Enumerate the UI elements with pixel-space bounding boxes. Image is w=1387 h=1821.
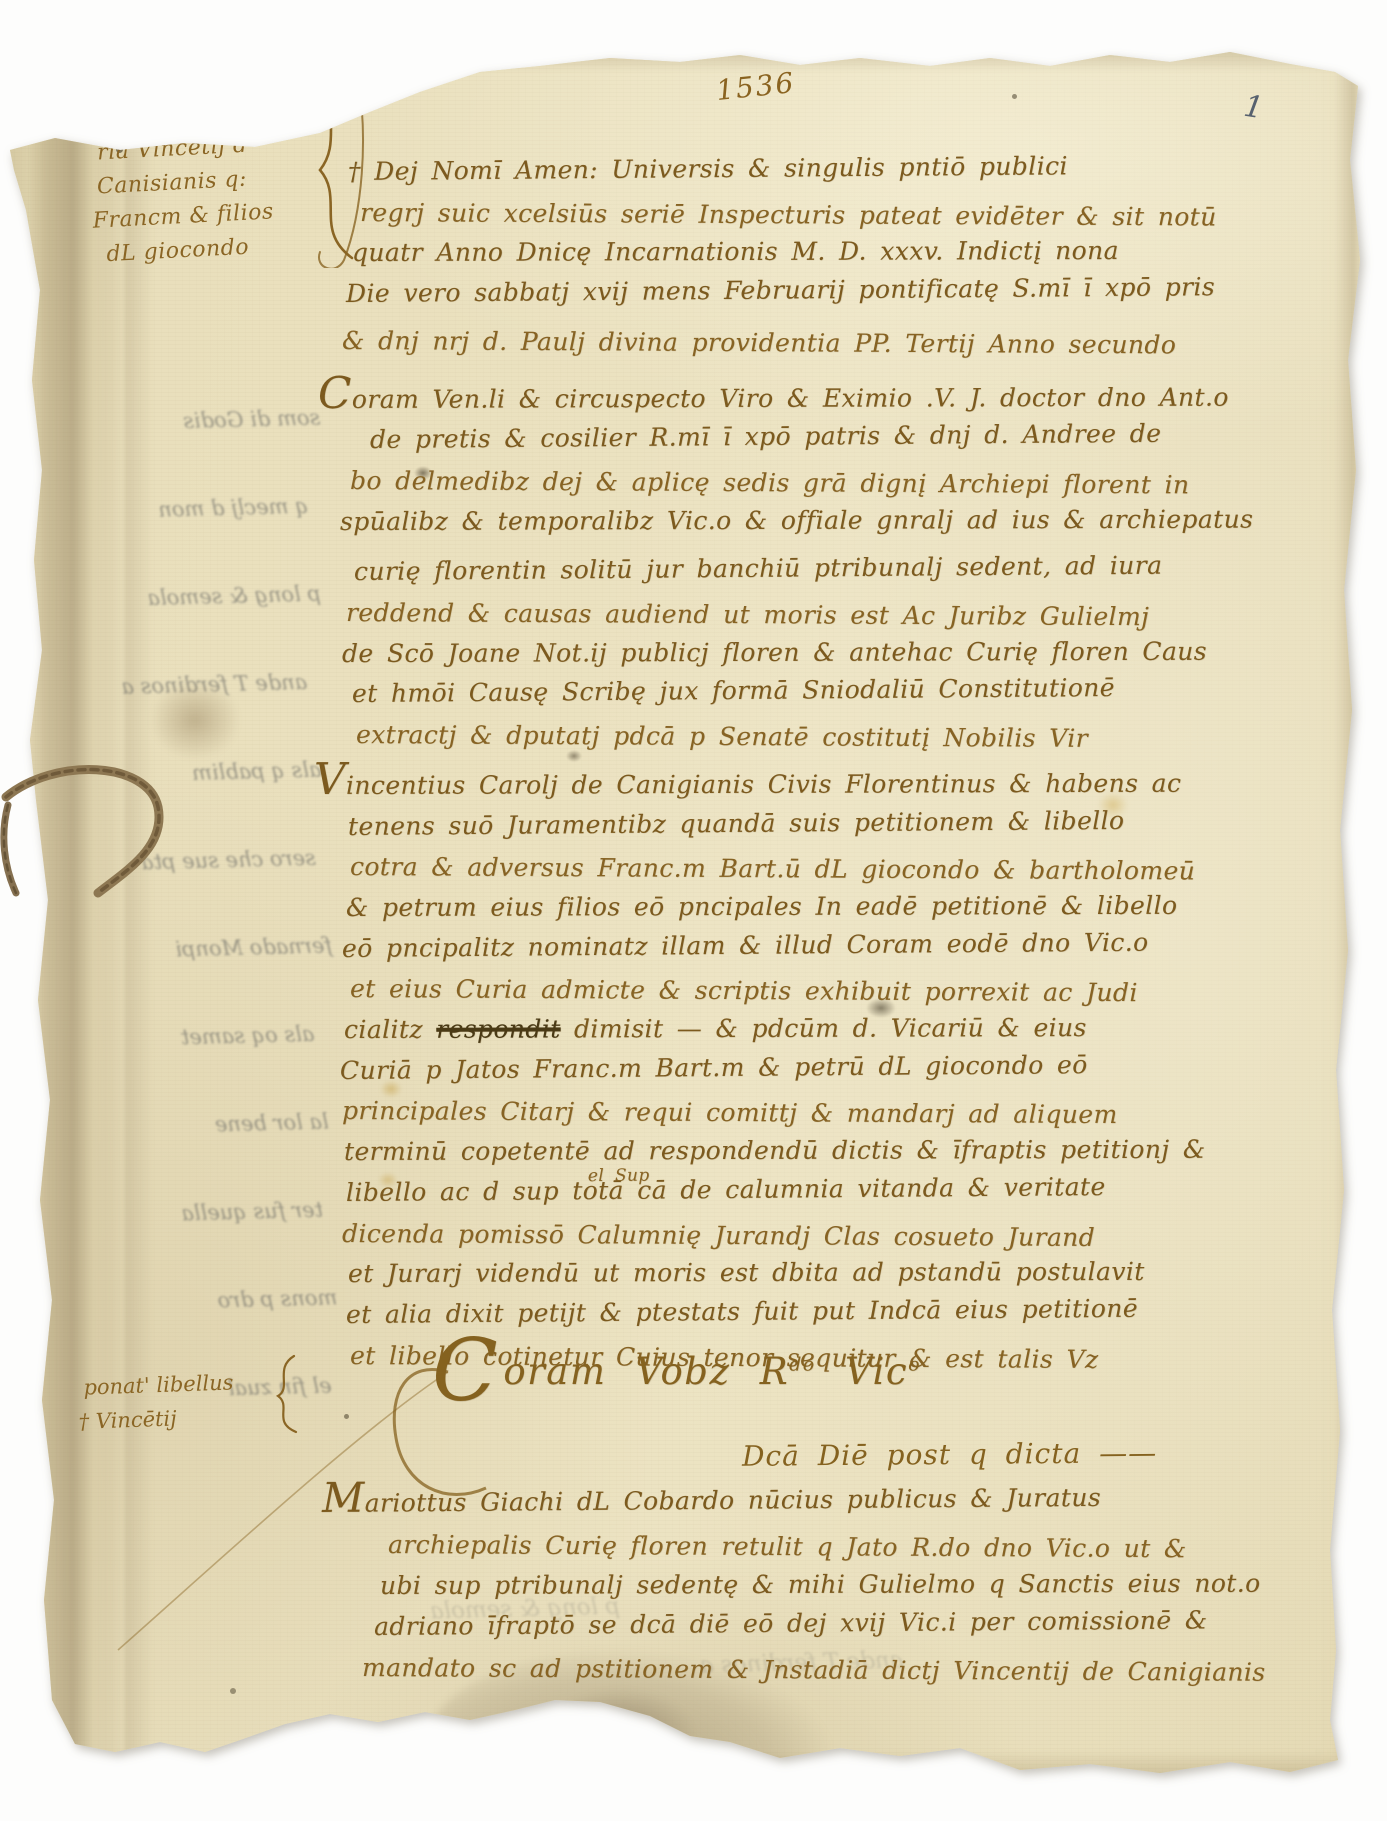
manuscript-line: de pretis & cosilier R.mī ī xpō patris &…: [370, 412, 1365, 461]
section-subheading: Dcā Diē post q dicta ——: [742, 1436, 1157, 1473]
main-text-block: † Dej Nomī Amen: Universis & singulis pn…: [330, 152, 1365, 1376]
binding-thread: [0, 735, 210, 945]
speck: [230, 1688, 236, 1694]
manuscript-line: Mariottus Giachi dL Cobardo nūcius publi…: [322, 1471, 1266, 1524]
manuscript-line: Die vero sabbatj xvij mens Februarij pon…: [346, 266, 1365, 315]
manuscript-line: mandato sc ad pstitionem & Jnstadiā dict…: [362, 1647, 1266, 1693]
manuscript-scan: som di Godis q meclj d mon p long & semo…: [0, 0, 1387, 1821]
heading-text: oram Vobz R: [503, 1350, 789, 1393]
petition-heading: Coram Vobz Rdo Vico: [432, 1350, 921, 1393]
heading-superscript: do: [789, 1354, 816, 1376]
water-stain: [545, 1688, 695, 1778]
line-text: libello ac d sup totā cā de calumnia vit…: [346, 1172, 1106, 1207]
manuscript-line: adriano īfraptō se dcā diē eō dej xvij V…: [374, 1599, 1266, 1647]
manuscript-line: et hmōi Causę Scribę jux formā Sniodaliū…: [352, 666, 1365, 715]
manuscript-line: eō pncipalitz nominatz illam & illud Cor…: [342, 921, 1365, 970]
struck-word: respondit: [436, 1014, 560, 1043]
torn-edge-bottom: [60, 1751, 1347, 1781]
relation-text-block: Mariottus Giachi dL Cobardo nūcius publi…: [322, 1478, 1266, 1688]
folio-number: 1: [1241, 89, 1265, 127]
line-pre: cialitz: [344, 1015, 436, 1044]
interlinear-insertion: el Sup: [588, 1155, 650, 1196]
line-post: dimisit — & pdcūm d. Vicariū & eius: [561, 1013, 1087, 1043]
manuscript-line: Curiā p Jatos Franc.m Bart.m & petrū dL …: [340, 1043, 1365, 1092]
torn-edge-top: [330, 44, 1363, 72]
manuscript-line: † Dej Nomī Amen: Universis & singulis pn…: [348, 144, 1365, 193]
binding-fold: [28, 135, 128, 1766]
speck: [1012, 94, 1017, 99]
year-inscription: 1536: [714, 66, 796, 107]
margin-note-case-title: Acta ī Causa atserta usura ria Vincētij …: [89, 60, 277, 273]
manuscript-line: extractj & dputatj pdcā p Senatē costitu…: [356, 715, 1365, 761]
heading-initial: C: [432, 1321, 499, 1421]
manuscript-line: Vincentius Carolj de Canigianis Civis Fl…: [314, 757, 1365, 806]
manuscript-line: curię florentin solitū jur banchiū ptrib…: [354, 544, 1365, 593]
manuscript-line: spūalibz & temporalibz Vic.o & offiale g…: [340, 499, 1365, 542]
manuscript-line: & dnj nrj d. Paulj divina providentia PP…: [342, 321, 1365, 367]
manuscript-line: libello ac d sup totā cā de calumnia vit…: [346, 1165, 1365, 1214]
manuscript-line: tenens suō Juramentibz quandā suis petit…: [348, 799, 1365, 848]
heading-text: Vic: [816, 1350, 908, 1393]
margin-brace-small: [260, 1352, 306, 1436]
margin-note-libellus: ponat' libellus † Vincētij: [83, 1365, 235, 1438]
heading-superscript: o: [908, 1354, 921, 1376]
